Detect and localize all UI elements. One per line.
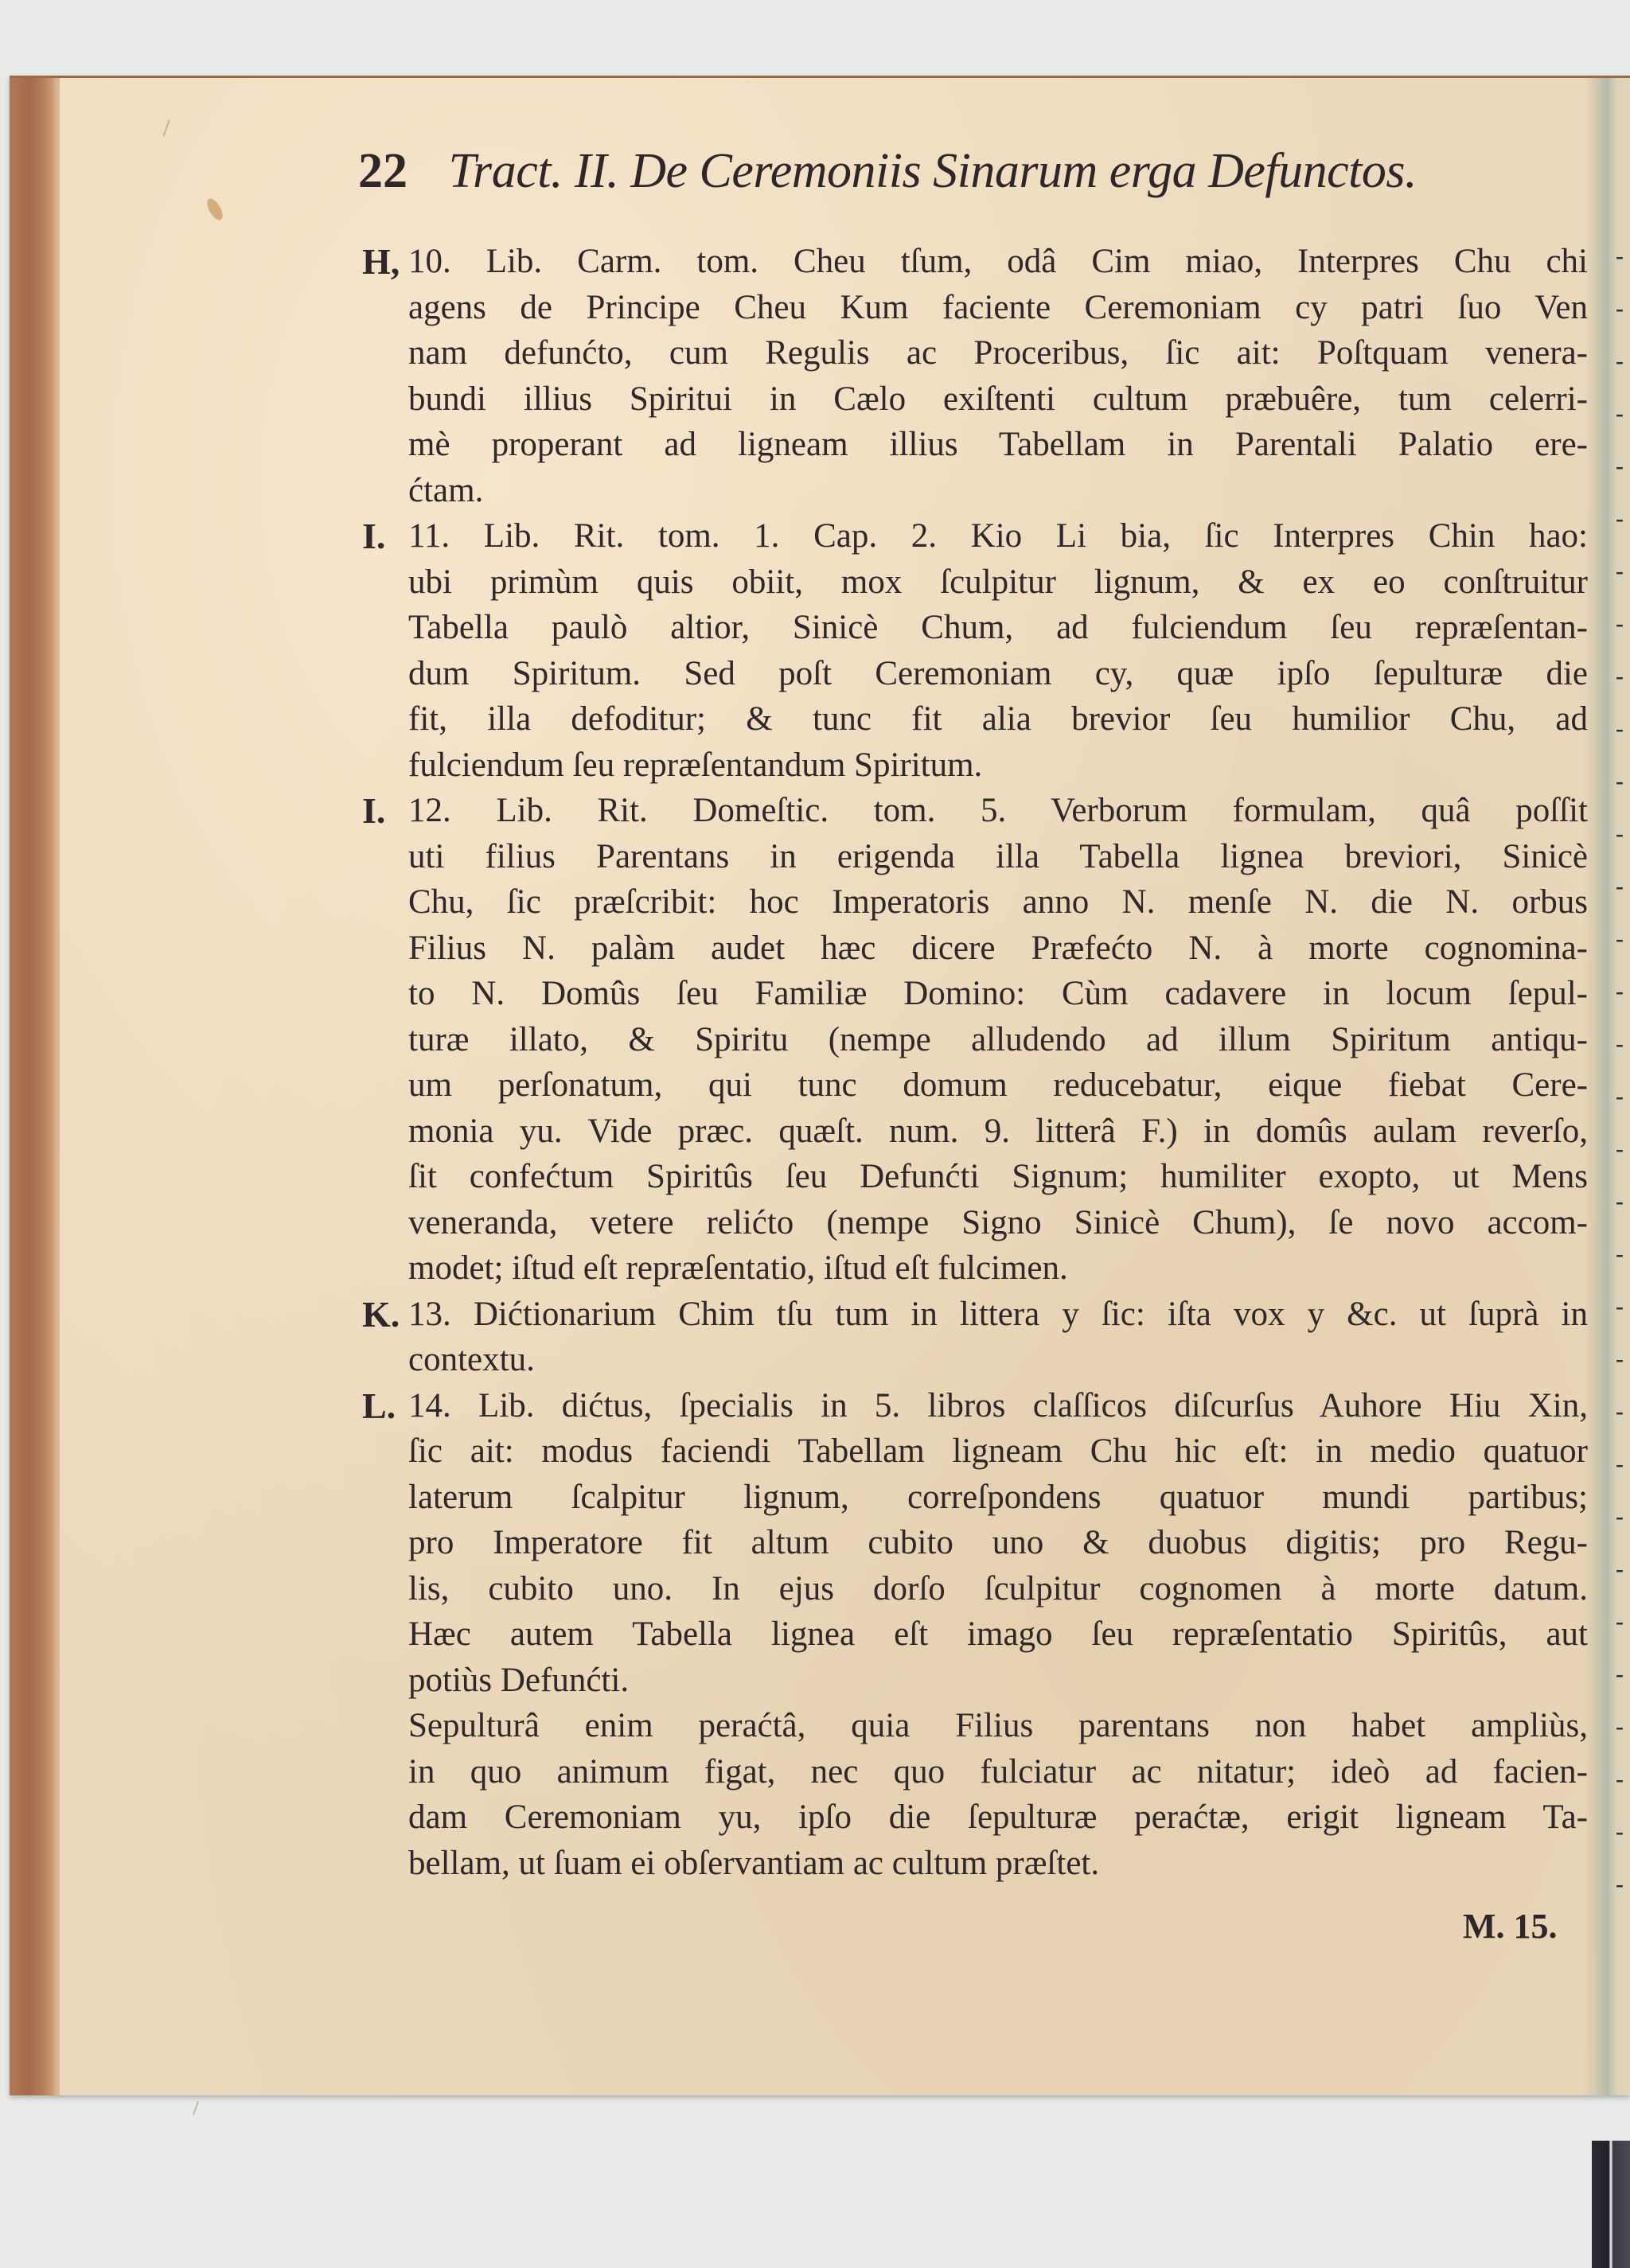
page-fore-edge xyxy=(10,78,60,2095)
text-line: lis, cubito uno. In ejus dorſo ſculpitur… xyxy=(408,1566,1588,1612)
adjacent-page-fragment: - xyxy=(1616,768,1624,795)
adjacent-page-fragment: - xyxy=(1616,243,1624,270)
text-line: mè properant ad ligneam illius Tabellam … xyxy=(408,422,1588,468)
adjacent-page-fragment: - xyxy=(1616,453,1624,480)
adjacent-page-fragment: - xyxy=(1616,663,1624,690)
citation-entry: K.13. Dićtionarium Chim tſu tum in litte… xyxy=(362,1292,1588,1383)
citation-entry: I.11. Lib. Rit. tom. 1. Cap. 2. Kio Li b… xyxy=(362,513,1588,788)
adjacent-page-fragment: - xyxy=(1616,1293,1624,1320)
text-line: ſic ait: modus faciendi Tabellam ligneam… xyxy=(408,1428,1588,1475)
text-line: 14. Lib. dićtus, ſpecialis in 5. libros … xyxy=(408,1383,1588,1429)
adjacent-page-fragment: - xyxy=(1616,1766,1624,1793)
body-text: H,10. Lib. Carm. tom. Cheu tſum, odâ Cim… xyxy=(362,239,1588,1886)
text-line: ćtam. xyxy=(408,468,1588,514)
adjacent-page-fragment: - xyxy=(1616,1346,1624,1373)
text-line: ubi primùm quis obiit, mox ſculpitur lig… xyxy=(408,559,1588,606)
text-line: modet; iſtud eſt repræſentatio, iſtud eſ… xyxy=(408,1245,1588,1292)
text-line: ſit confećtum Spiritûs ſeu Defunćti Sign… xyxy=(408,1154,1588,1200)
page-number: 22 xyxy=(358,144,407,198)
citation-entry: H,10. Lib. Carm. tom. Cheu tſum, odâ Cim… xyxy=(362,239,1588,513)
text-line: veneranda, vetere relićto (nempe Signo S… xyxy=(408,1200,1588,1246)
adjacent-page-fragment: - xyxy=(1616,1608,1624,1635)
text-line: in quo animum figat, nec quo fulciatur a… xyxy=(408,1749,1588,1795)
entry-marker: H, xyxy=(362,239,400,285)
adjacent-page-fragment: - xyxy=(1616,1398,1624,1425)
text-line: Filius N. palàm audet hæc dicere Præfećt… xyxy=(408,926,1588,972)
adjacent-page-fragment: - xyxy=(1616,1661,1624,1688)
adjacent-page-fragment: - xyxy=(1616,610,1624,637)
adjacent-page-fragment: - xyxy=(1616,873,1624,900)
text-line: agens de Principe Cheu Kum faciente Cere… xyxy=(408,285,1588,331)
adjacent-page-fragment: - xyxy=(1616,295,1624,322)
text-line: contextu. xyxy=(408,1337,1588,1383)
entry-marker: K. xyxy=(362,1292,400,1338)
catchword: M. 15. xyxy=(1463,1906,1558,1947)
entry-marker: I. xyxy=(362,788,385,834)
adjacent-page-fragment: - xyxy=(1616,1451,1624,1478)
entry-marker: L. xyxy=(362,1383,396,1429)
text-line: laterum ſcalpitur lignum, correſpondens … xyxy=(408,1475,1588,1521)
text-line: 10. Lib. Carm. tom. Cheu tſum, odâ Cim m… xyxy=(408,239,1588,285)
text-line: bundi illius Spiritui in Cælo exiſtenti … xyxy=(408,376,1588,423)
adjacent-page-strip: -------------------------------- xyxy=(1614,0,1630,2268)
text-line: Chu, ſic præſcribit: hoc Imperatoris ann… xyxy=(408,879,1588,926)
adjacent-page-fragment: - xyxy=(1616,1713,1624,1740)
text-line: bellam, ut ſuam ei obſervantiam ac cultu… xyxy=(408,1841,1588,1887)
adjacent-page-fragment: - xyxy=(1616,1031,1624,1058)
closing-paragraph: Sepulturâ enim peraćtâ, quia Filius pare… xyxy=(362,1703,1588,1886)
text-line: dum Spiritum. Sed poſt Ceremoniam cy, qu… xyxy=(408,651,1588,697)
running-head: 22 Tract. II. De Ceremoniis Sinarum erga… xyxy=(358,143,1584,200)
adjacent-page-fragment: - xyxy=(1616,1188,1624,1215)
text-line: fulciendum ſeu repræſentandum Spiritum. xyxy=(408,742,1588,789)
text-line: Sepulturâ enim peraćtâ, quia Filius pare… xyxy=(408,1703,1588,1749)
text-line: monia yu. Vide præc. quæſt. num. 9. litt… xyxy=(408,1109,1588,1155)
adjacent-page-fragment: - xyxy=(1616,715,1624,742)
text-line: fit, illa defoditur; & tunc fit alia bre… xyxy=(408,696,1588,742)
adjacent-page-fragment: - xyxy=(1616,1503,1624,1530)
text-line: 13. Dićtionarium Chim tſu tum in littera… xyxy=(408,1292,1588,1338)
adjacent-page-fragment: - xyxy=(1616,926,1624,953)
adjacent-page-fragment: - xyxy=(1616,820,1624,848)
adjacent-page-fragment: - xyxy=(1616,1083,1624,1110)
binding-tape xyxy=(1592,2141,1630,2268)
adjacent-page-fragment: - xyxy=(1616,505,1624,532)
text-line: turæ illato, & Spiritu (nempe alludendo … xyxy=(408,1017,1588,1063)
adjacent-page-fragment: - xyxy=(1616,400,1624,427)
text-line: potiùs Defunćti. xyxy=(408,1658,1588,1704)
entry-marker: I. xyxy=(362,513,385,559)
text-line: 11. Lib. Rit. tom. 1. Cap. 2. Kio Li bia… xyxy=(408,513,1588,559)
text-line: 12. Lib. Rit. Domeſtic. tom. 5. Verborum… xyxy=(408,788,1588,834)
text-line: uti filius Parentans in erigenda illa Ta… xyxy=(408,834,1588,880)
adjacent-page-fragment: - xyxy=(1616,1818,1624,1845)
text-line: dam Ceremoniam yu, ipſo die ſepulturæ pe… xyxy=(408,1795,1588,1841)
adjacent-page-fragment: - xyxy=(1616,348,1624,375)
adjacent-page-fragment: - xyxy=(1616,1241,1624,1268)
citation-entry: I.12. Lib. Rit. Domeſtic. tom. 5. Verbor… xyxy=(362,788,1588,1292)
adjacent-page-fragment: - xyxy=(1616,558,1624,585)
text-line: pro Imperatore fit altum cubito uno & du… xyxy=(408,1520,1588,1566)
adjacent-page-fragment: - xyxy=(1616,1871,1624,1898)
text-line: to N. Domûs ſeu Familiæ Domino: Cùm cada… xyxy=(408,971,1588,1017)
text-line: Hæc autem Tabella lignea eſt imago ſeu r… xyxy=(408,1611,1588,1658)
paper-fiber xyxy=(193,2101,199,2115)
text-line: um perſonatum, qui tunc domum reducebatu… xyxy=(408,1062,1588,1109)
citation-entry: L.14. Lib. dićtus, ſpecialis in 5. libro… xyxy=(362,1383,1588,1704)
text-line: nam defunćto, cum Regulis ac Proceribus,… xyxy=(408,330,1588,376)
running-title: Tract. II. De Ceremoniis Sinarum erga De… xyxy=(449,144,1417,198)
text-line: Tabella paulò altior, Sinicè Chum, ad fu… xyxy=(408,605,1588,651)
adjacent-page-fragment: - xyxy=(1616,1556,1624,1583)
adjacent-page-fragment: - xyxy=(1616,978,1624,1005)
adjacent-page-fragment: - xyxy=(1616,1136,1624,1163)
